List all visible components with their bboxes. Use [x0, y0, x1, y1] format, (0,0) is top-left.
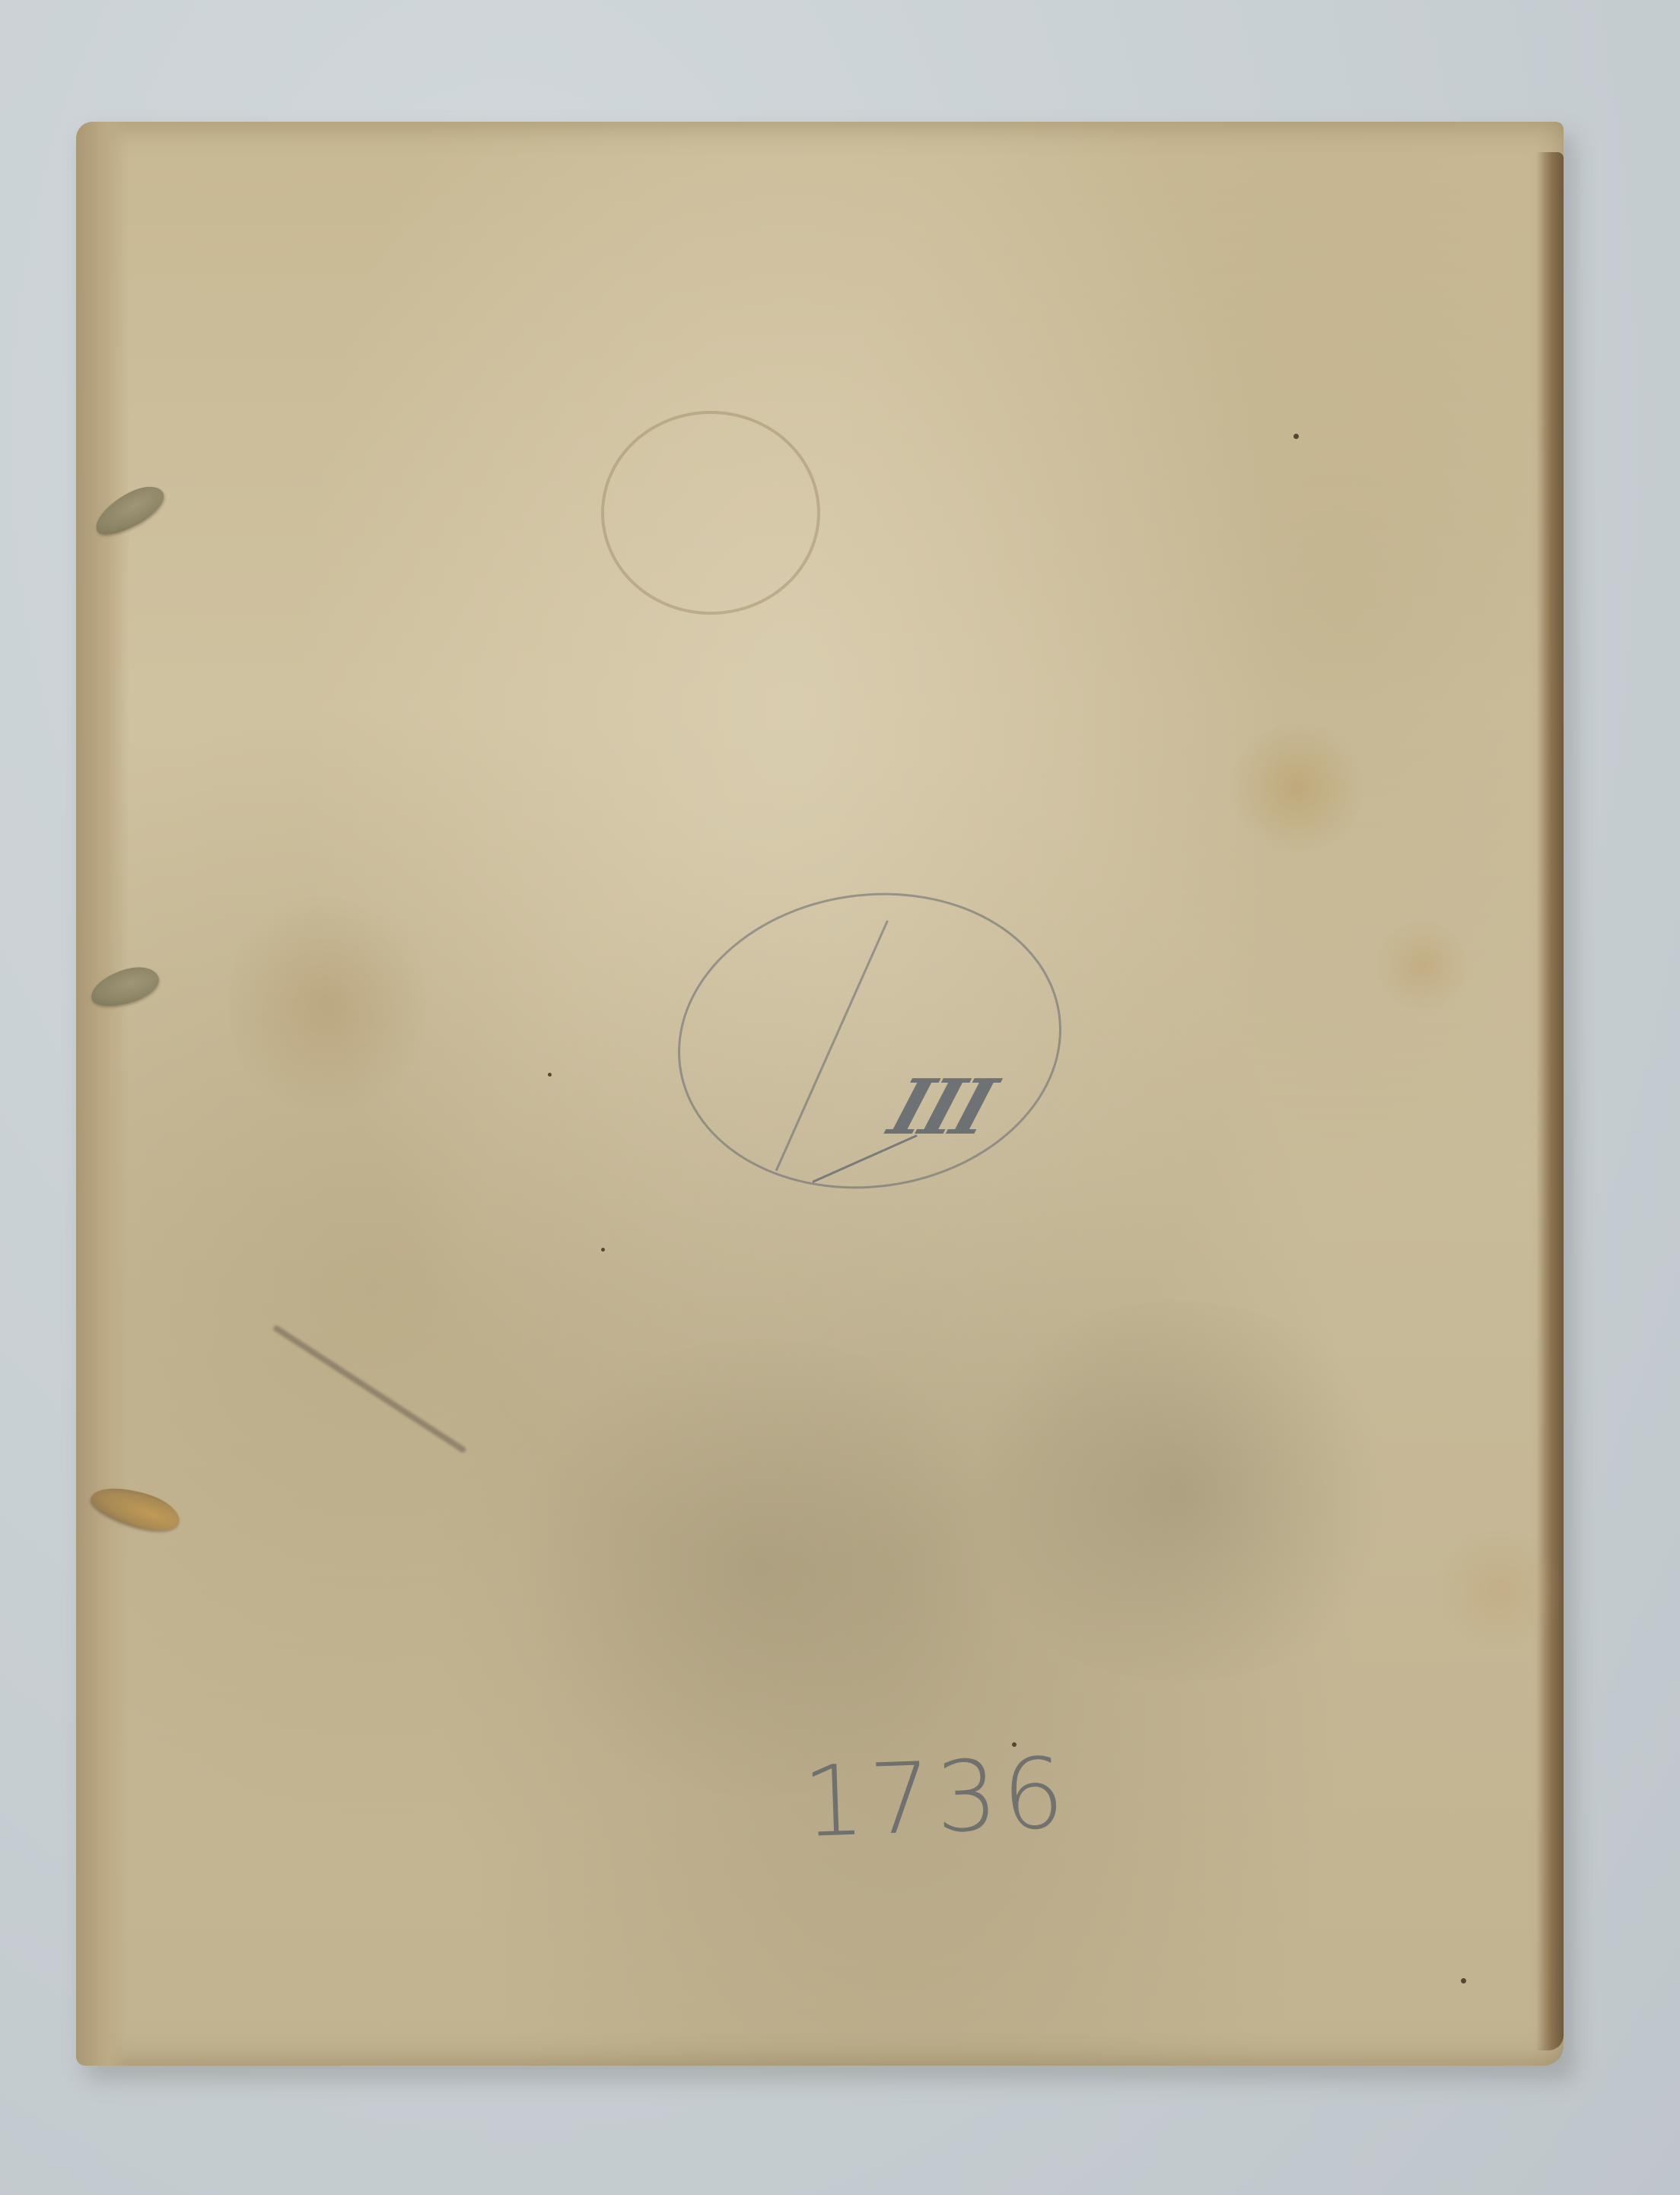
soiling-area [495, 1339, 1027, 1796]
spine-edge [76, 122, 129, 2066]
speck [1461, 1978, 1466, 1983]
foxing-stain [1225, 723, 1370, 852]
pencil-circle-mark [659, 869, 1081, 1214]
faint-circular-offset [601, 411, 820, 615]
speck [601, 1248, 605, 1252]
speck [548, 1073, 552, 1077]
speck [1293, 434, 1299, 439]
year-inscription: 1736 [801, 1745, 1071, 1852]
foxing-stain [1370, 921, 1476, 1012]
speck [1012, 1742, 1017, 1747]
dark-smudge-line [272, 1325, 467, 1454]
foxing-stain [228, 883, 426, 1126]
fore-edge [1536, 152, 1564, 2050]
soiling-area [951, 1301, 1408, 1681]
book-cover: III 1736 [76, 122, 1564, 2066]
